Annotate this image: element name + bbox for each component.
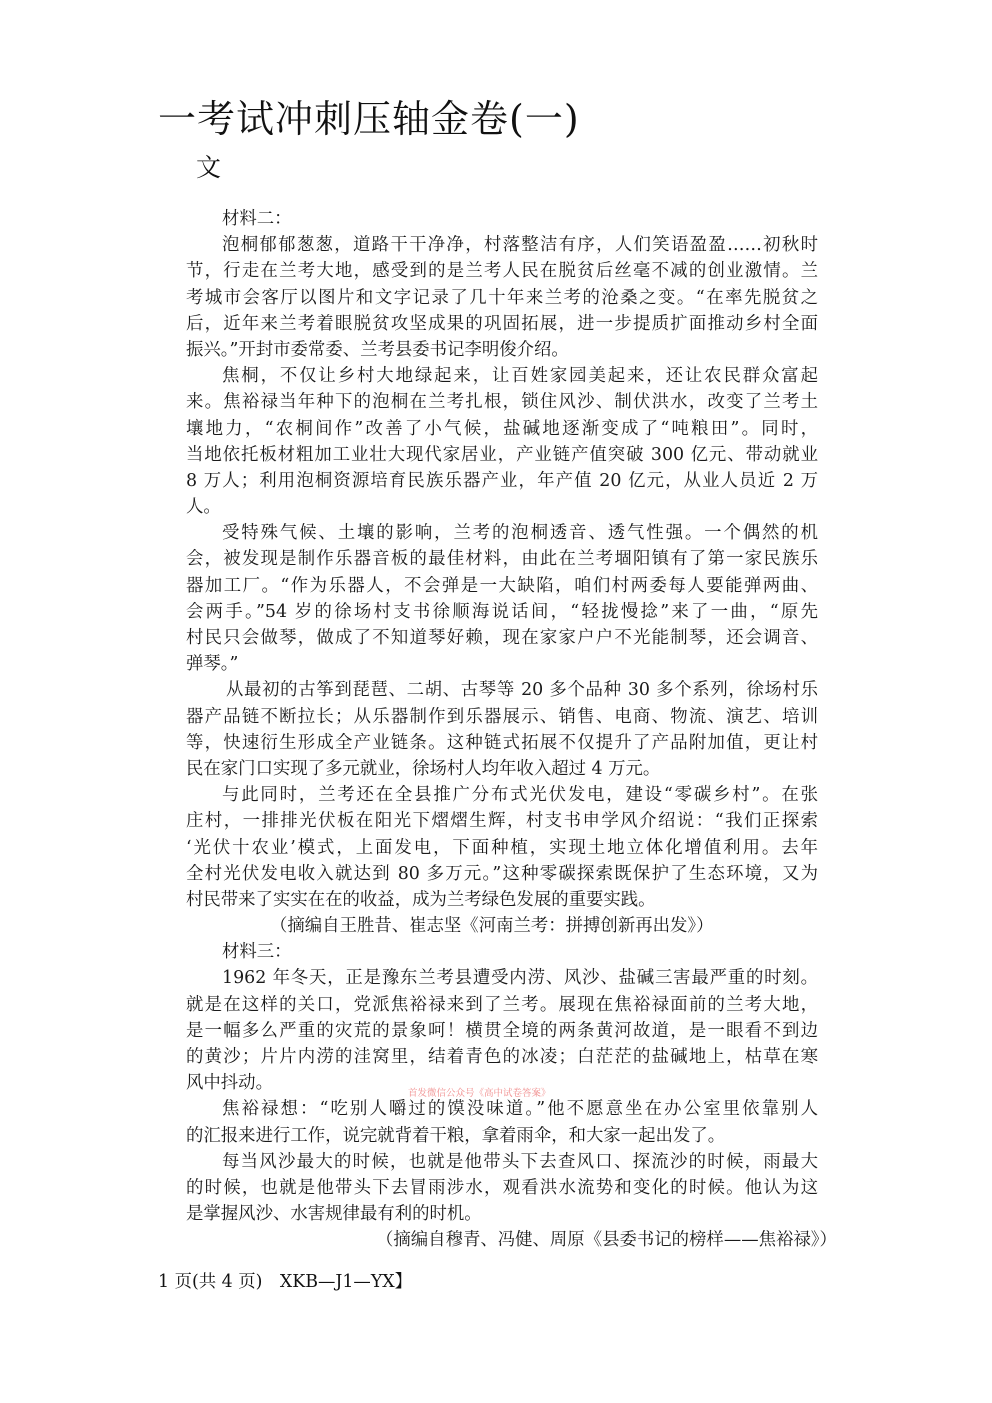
- paragraph-line: 焦桐，不仅让乡村大地绿起来，让百姓家园美起来，还让农民群众富起: [186, 363, 818, 389]
- page-footer: 1 页(共 4 页) XKB—J1—YX】: [158, 1267, 412, 1292]
- paragraph-line: 等，快速衍生形成全产业链条。这种链式拓展不仅提升了产品附加值，更让村: [186, 730, 818, 756]
- paragraph-line: 是一幅多么严重的灾荒的景象呵！横贯全境的两条黄河故道，是一眼看不到边: [186, 1018, 818, 1044]
- paragraph-line: 全村光伏发电收入就达到 80 多万元。”这种零碳探索既保护了生态环境，又为: [186, 861, 818, 887]
- paragraph-line: 的汇报来进行工作，说完就背着干粮，拿着雨伞，和大家一起出发了。: [186, 1123, 818, 1149]
- paragraph-line: 每当风沙最大的时候，也就是他带头下去查风口、探流沙的时候，雨最大: [186, 1149, 818, 1175]
- paragraph-line: 后，近年来兰考着眼脱贫攻坚成果的巩固拓展，进一步提质扩面推动乡村全面: [186, 311, 818, 337]
- paragraph-line: 民在家门口实现了多元就业，徐场村人均年收入超过 4 万元。: [186, 756, 818, 782]
- paragraph-line: 人。: [186, 494, 818, 520]
- paragraph-line: 会两手。”54 岁的徐场村支书徐顺海说话间，“轻拢慢捻”来了一曲，“原先: [186, 599, 818, 625]
- paragraph-line: 振兴。”开封市委常委、兰考县委书记李明俊介绍。: [186, 337, 818, 363]
- material-3-label: 材料三：: [186, 939, 818, 965]
- paragraph-line: ‘光伏十农业’模式，上面发电，下面种植，实现土地立体化增值利用。去年: [186, 835, 818, 861]
- page-title: 一考试冲刺压轴金卷(一): [158, 88, 580, 143]
- paragraph-line: 与此同时，兰考还在全县推广分布式光伏发电，建设“零碳乡村”。在张: [186, 782, 818, 808]
- paragraph-line: 从最初的古筝到琵琶、二胡、古琴等 20 多个品种 30 多个系列，徐场村乐: [186, 677, 818, 703]
- paragraph-line: 焦裕禄想：“吃别人嚼过的馍没味道。”他不愿意坐在办公室里依靠别人: [186, 1096, 818, 1122]
- material-2-label: 材料二：: [186, 206, 818, 232]
- paragraph-line: 会，被发现是制作乐器音板的最佳材料，由此在兰考堌阳镇有了第一家民族乐: [186, 546, 818, 572]
- paragraph-line: 就是在这样的关口，党派焦裕禄来到了兰考。展现在焦裕禄面前的兰考大地，: [186, 992, 818, 1018]
- paragraph-line: 受特殊气候、土壤的影响，兰考的泡桐透音、透气性强。一个偶然的机: [186, 520, 818, 546]
- watermark-text: 首发微信公众号《高中试卷答案》: [408, 1085, 551, 1099]
- paragraph-line: 村民只会做琴，做成了不知道琴好赖，现在家家户户不光能制琴，还会调音、: [186, 625, 818, 651]
- paragraph-line: 来。焦裕禄当年种下的泡桐在兰考扎根，锁住风沙、制伏洪水，改变了兰考土: [186, 389, 818, 415]
- paragraph-line: 庄村，一排排光伏板在阳光下熠熠生辉，村支书申学风介绍说：“我们正探索: [186, 808, 818, 834]
- paragraph-line: 壤地力，“农桐间作”改善了小气候，盐碱地逐渐变成了“吨粮田”。同时，: [186, 416, 818, 442]
- paragraph-line: 器加工厂。“作为乐器人，不会弹是一大缺陷，咱们村两委每人要能弹两曲、: [186, 573, 818, 599]
- paragraph-line: 村民带来了实实在在的收益，成为兰考绿色发展的重要实践。: [186, 887, 818, 913]
- paragraph-line: 是掌握风沙、水害规律最有利的时机。: [186, 1201, 818, 1227]
- paragraph-line: 的黄沙；片片内涝的洼窝里，结着青色的冰凌；白茫茫的盐碱地上，枯草在寒: [186, 1044, 818, 1070]
- source-citation: （摘编自穆青、冯健、周原《县委书记的榜样——焦裕禄》）: [186, 1227, 818, 1253]
- paragraph-line: 弹琴。”: [186, 651, 818, 677]
- source-citation: （摘编自王胜昔、崔志坚《河南兰考：拼搏创新再出发》）: [186, 913, 818, 939]
- paragraph-line: 节，行走在兰考大地，感受到的是兰考人民在脱贫后丝毫不减的创业激情。兰: [186, 258, 818, 284]
- paragraph-line: 考城市会客厅以图片和文字记录了几十年来兰考的沧桑之变。“在率先脱贫之: [186, 285, 818, 311]
- paragraph-line: 泡桐郁郁葱葱，道路干干净净，村落整洁有序，人们笑语盈盈……初秋时: [186, 232, 818, 258]
- subject-label: 文: [196, 148, 221, 184]
- paragraph-line: 器产品链不断拉长；从乐器制作到乐器展示、销售、电商、物流、演艺、培训: [186, 704, 818, 730]
- paragraph-line: 8 万人；利用泡桐资源培育民族乐器产业，年产值 20 亿元，从业人员近 2 万: [186, 468, 818, 494]
- paragraph-line: 当地依托板材粗加工业壮大现代家居业，产业链产值突破 300 亿元、带动就业: [186, 442, 818, 468]
- paragraph-line: 的时候，也就是他带头下去冒雨涉水，观看洪水流势和变化的时候。他认为这: [186, 1175, 818, 1201]
- paragraph-line: 1962 年冬天，正是豫东兰考县遭受内涝、风沙、盐碱三害最严重的时刻。: [186, 965, 818, 991]
